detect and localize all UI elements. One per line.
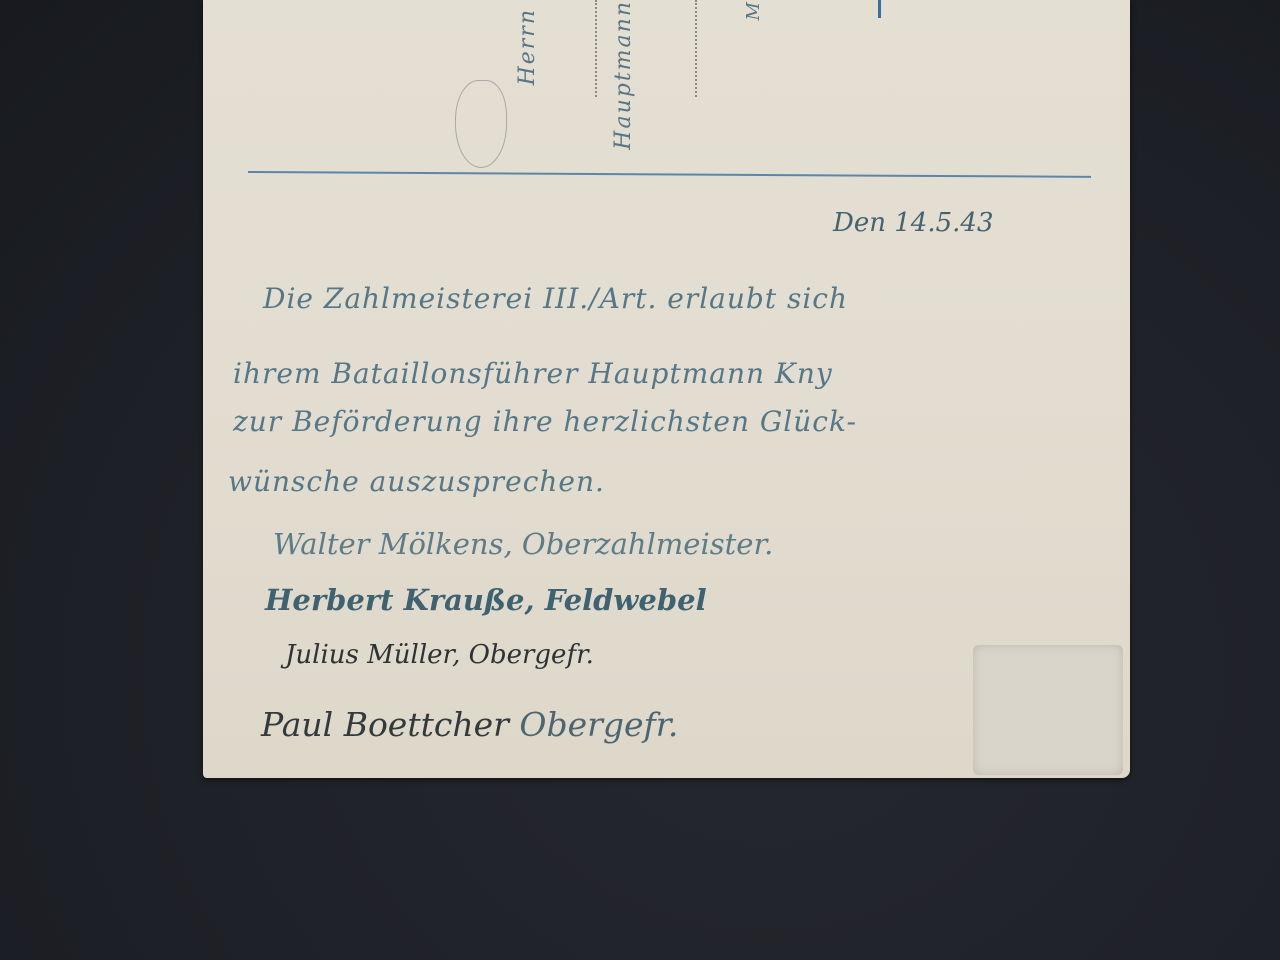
signature-4-name: Paul Boettcher — [261, 705, 509, 744]
signature-3-name: Julius Müller — [285, 640, 452, 670]
signature-1-name: Walter Mölkens — [273, 527, 503, 561]
address-dotted-line-1 — [595, 0, 597, 97]
signature-4: Paul Boettcher Obergefr. — [261, 705, 678, 744]
stamp-box-mark — [878, 0, 881, 18]
message-line-2: ihrem Bataillonsführer Hauptmann Kny — [233, 357, 833, 390]
pencil-mark — [455, 80, 507, 168]
address-line-3: M — [743, 0, 764, 20]
postcard: Herrn Hauptmann M Den 14.5.43 Die Zahlme… — [203, 0, 1130, 778]
message-date: Den 14.5.43 — [833, 208, 993, 238]
signature-1-rank: Oberzahlmeister. — [522, 527, 773, 561]
address-divider-line — [248, 171, 1091, 178]
message-line-3: zur Beförderung ihre herzlichsten Glück- — [233, 405, 857, 438]
address-line-2: Hauptmann — [611, 0, 636, 150]
signature-1: Walter Mölkens, Oberzahlmeister. — [273, 527, 773, 561]
signature-3: Julius Müller, Obergefr. — [285, 640, 594, 670]
signature-2-rank: Feldwebel — [545, 583, 707, 617]
signature-2: Herbert Krauße, Feldwebel — [265, 583, 707, 617]
signature-4-rank: Obergefr. — [519, 705, 678, 744]
address-dotted-line-2 — [695, 0, 697, 97]
signature-3-rank: Obergefr. — [469, 640, 594, 670]
message-line-1: Die Zahlmeisterei III./Art. erlaubt sich — [263, 282, 848, 315]
address-line-1: Herrn — [515, 8, 540, 85]
message-line-4: wünsche auszusprechen. — [228, 465, 605, 498]
stamp-residue-patch — [973, 645, 1123, 775]
signature-2-name: Herbert Krauße — [265, 583, 524, 617]
